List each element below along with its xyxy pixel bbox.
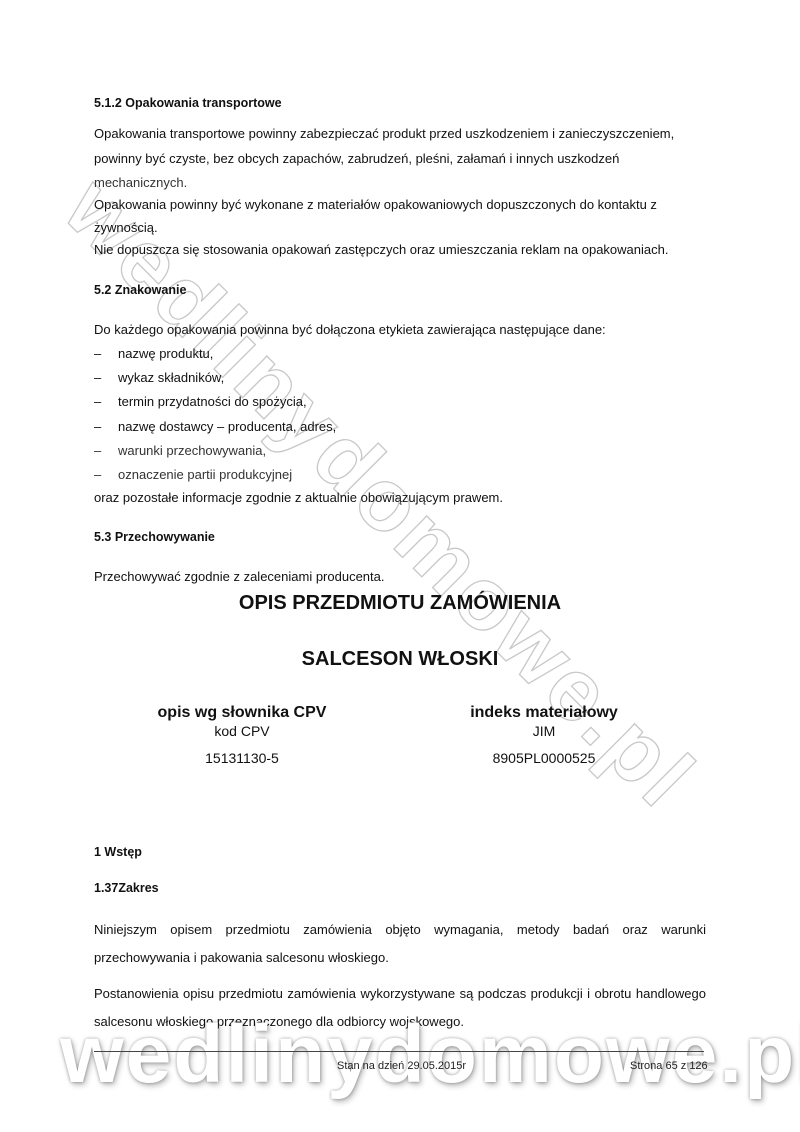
cpv-label: opis wg słownika CPV <box>112 704 372 722</box>
list-item: –oznaczenie partii produkcyjnej <box>94 467 292 482</box>
paragraph-line: Przechowywać zgodnie z zaleceniami produ… <box>94 569 385 584</box>
material-index-value: 8905PL0000525 <box>414 750 674 766</box>
list-item-text: oznaczenie partii produkcyjnej <box>118 467 292 482</box>
paragraph-line: Opakowania transportowe powinny zabezpie… <box>94 126 674 141</box>
material-index-sublabel: JIM <box>414 722 674 740</box>
list-dash: – <box>94 370 118 385</box>
cpv-code-block: opis wg słownika CPV kod CPV 15131130-5 <box>112 704 372 766</box>
list-dash: – <box>94 346 118 361</box>
list-dash: – <box>94 394 118 409</box>
section-heading: 5.3 Przechowywanie <box>94 530 215 544</box>
document-title: OPIS PRZEDMIOTU ZAMÓWIENIA <box>0 592 800 615</box>
list-item: –wykaz składników, <box>94 370 224 385</box>
cpv-sublabel: kod CPV <box>112 722 372 740</box>
paragraph-line: mechanicznych. <box>94 175 187 190</box>
list-dash: – <box>94 467 118 482</box>
footer-divider <box>94 1051 704 1052</box>
list-item-text: warunki przechowywania, <box>118 443 266 458</box>
material-index-block: indeks materiałowy JIM 8905PL0000525 <box>414 704 674 766</box>
paragraph-line: Opakowania powinny być wykonane z materi… <box>94 197 657 212</box>
list-item: –nazwę produktu, <box>94 346 213 361</box>
subsection-heading: 1.37Zakres <box>94 881 159 895</box>
list-item: –nazwę dostawcy – producenta, adres, <box>94 419 336 434</box>
list-dash: – <box>94 443 118 458</box>
cpv-value: 15131130-5 <box>112 750 372 766</box>
paragraph-line: żywnością. <box>94 220 158 235</box>
section-heading: 5.2 Znakowanie <box>94 283 186 297</box>
paragraph-line: Do każdego opakowania powinna być dołącz… <box>94 322 606 337</box>
product-title: SALCESON WŁOSKI <box>0 648 800 671</box>
list-dash: – <box>94 419 118 434</box>
list-item-text: nazwę dostawcy – producenta, adres, <box>118 419 336 434</box>
list-item-text: wykaz składników, <box>118 370 224 385</box>
list-item: –termin przydatności do spożycia, <box>94 394 307 409</box>
paragraph: Postanowienia opisu przedmiotu zamówieni… <box>94 980 706 1036</box>
list-item: –warunki przechowywania, <box>94 443 266 458</box>
document-page: wedlinydomowe.pl 5.1.2 Opakowania transp… <box>0 0 800 1132</box>
list-item-text: nazwę produktu, <box>118 346 213 361</box>
list-item-text: termin przydatności do spożycia, <box>118 394 307 409</box>
footer-page-number: Strona 65 z 126 <box>630 1060 708 1072</box>
material-index-label: indeks materiałowy <box>414 704 674 722</box>
section-heading: 5.1.2 Opakowania transportowe <box>94 96 282 110</box>
paragraph-line: powinny być czyste, bez obcych zapachów,… <box>94 151 619 166</box>
paragraph-line: oraz pozostałe informacje zgodnie z aktu… <box>94 490 503 505</box>
footer-status-date: Stan na dzień 29.05.2015r <box>337 1060 466 1072</box>
paragraph: Niniejszym opisem przedmiotu zamówienia … <box>94 916 706 972</box>
section-heading: 1 Wstęp <box>94 845 142 859</box>
paragraph-line: Nie dopuszcza się stosowania opakowań za… <box>94 242 668 257</box>
